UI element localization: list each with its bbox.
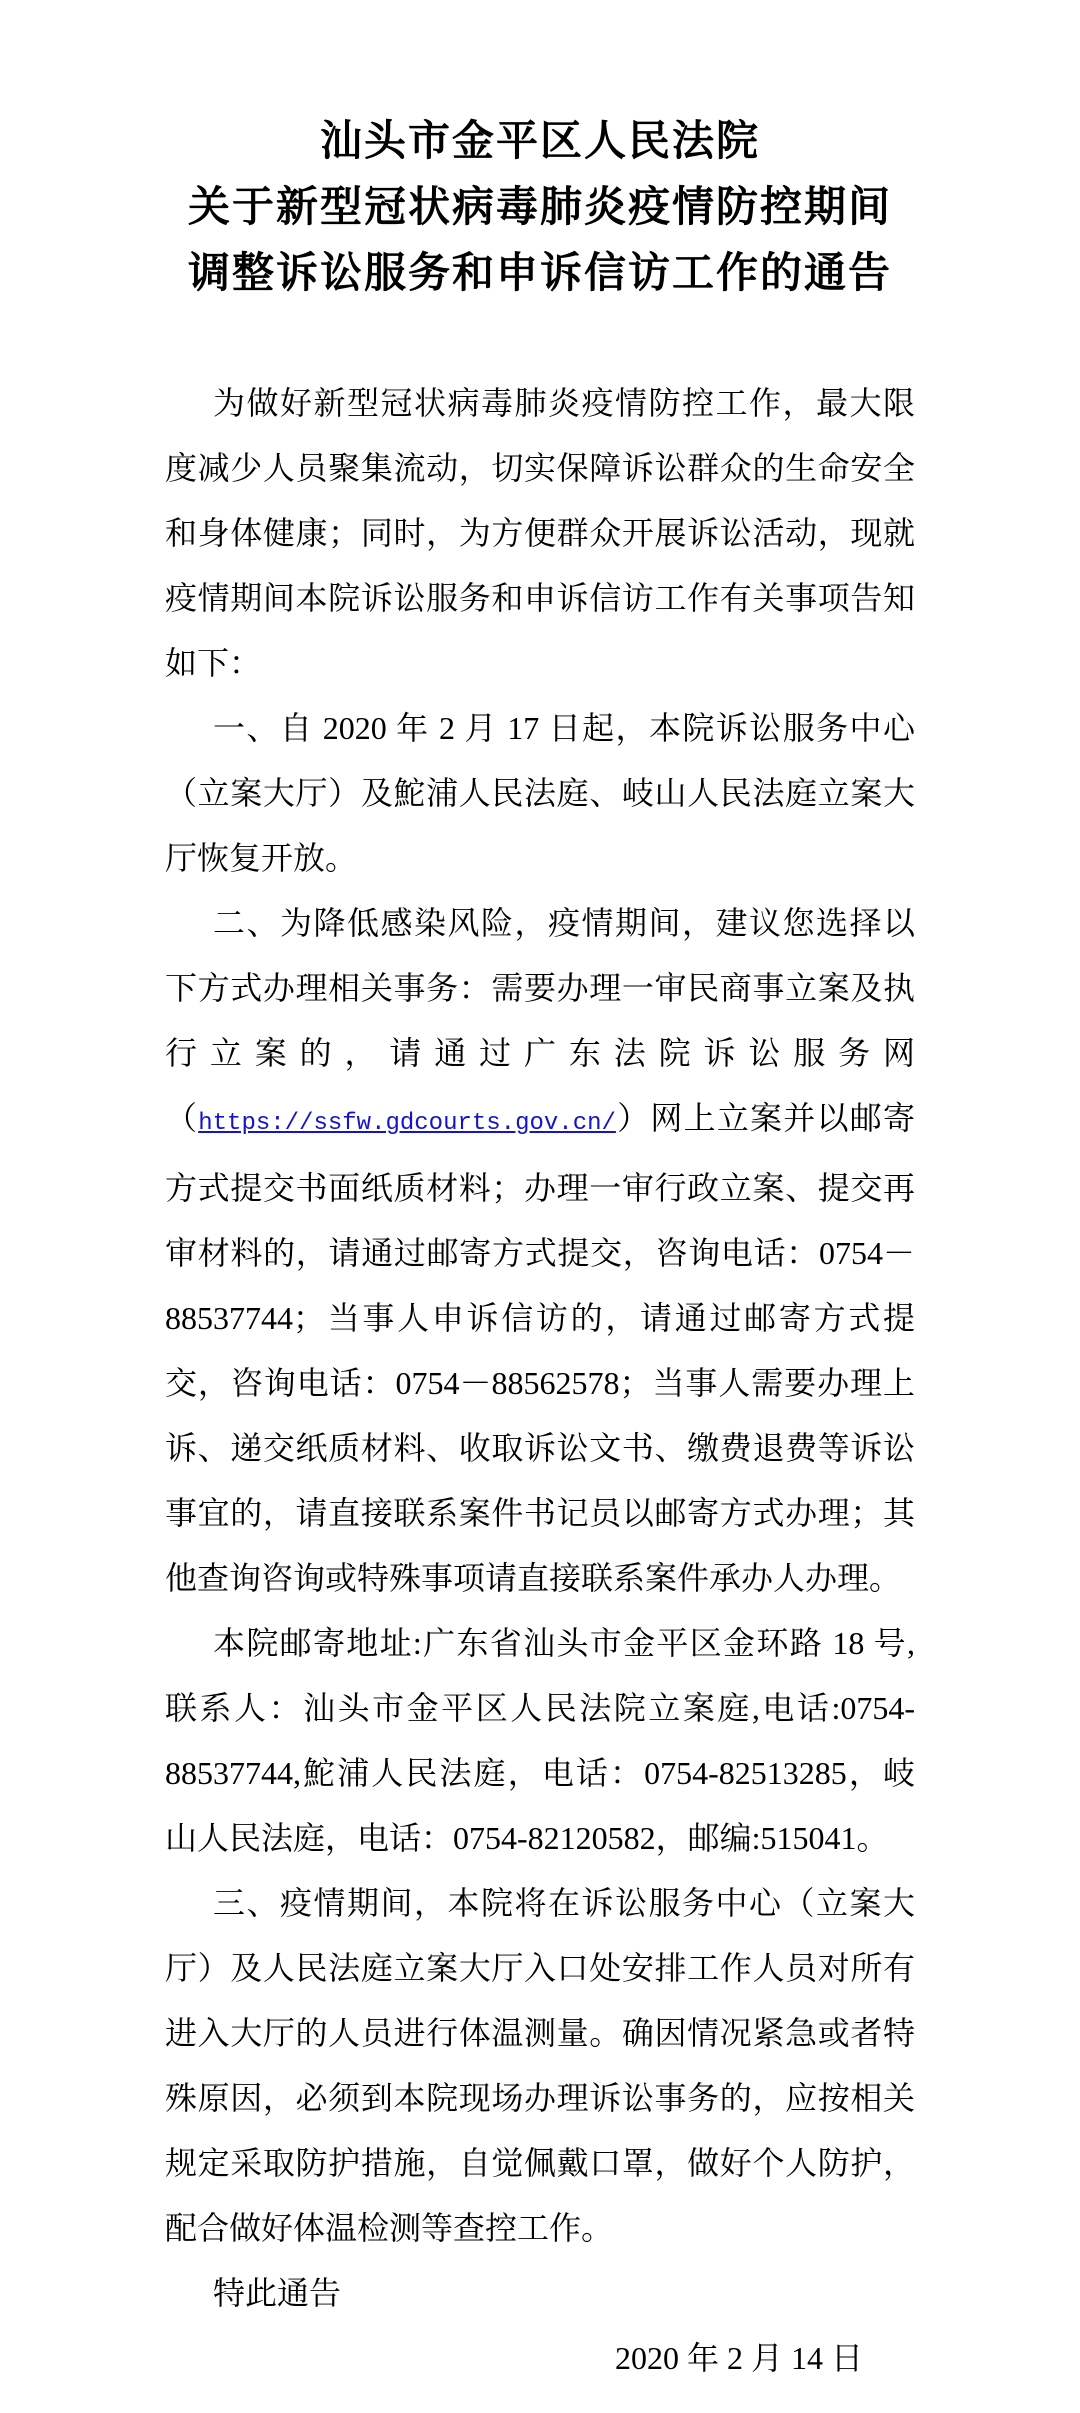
notice-title-line-2: 关于新型冠状病毒肺炎疫情防控期间 (0, 174, 1080, 240)
open-paren: （ (165, 1100, 198, 1136)
notice-date: 2020 年 2 月 14 日 (165, 2326, 915, 2391)
notice-title-line-1: 汕头市金平区人民法院 (0, 108, 1080, 174)
paragraph-item-1: 一、自 2020 年 2 月 17 日起，本院诉讼服务中心（立案大厅）及鮀浦人民… (165, 696, 915, 891)
paragraph-item-2-text-before-link: 二、为降低感染风险，疫情期间，建议您选择以下方式办理相关事务：需要办理一审民商事… (165, 905, 915, 1071)
notice-body: 为做好新型冠状病毒肺炎疫情防控工作，最大限度减少人员聚集流动，切实保障诉讼群众的… (165, 371, 915, 2391)
paragraph-intro: 为做好新型冠状病毒肺炎疫情防控工作，最大限度减少人员聚集流动，切实保障诉讼群众的… (165, 371, 915, 696)
paragraph-item-2-text-after-link: 网上立案并以邮寄方式提交书面纸质材料；办理一审行政立案、提交再审材料的，请通过邮… (165, 1100, 915, 1596)
court-website-link-unit: （https://ssfw.gdcourts.gov.cn/） (165, 1100, 650, 1136)
closing-statement: 特此通告 (165, 2261, 915, 2326)
close-paren: ） (616, 1100, 650, 1136)
paragraph-mailing-address: 本院邮寄地址:广东省汕头市金平区金环路 18 号,联系人：汕头市金平区人民法院立… (165, 1611, 915, 1871)
paragraph-item-2: 二、为降低感染风险，疫情期间，建议您选择以下方式办理相关事务：需要办理一审民商事… (165, 891, 915, 1611)
notice-title: 汕头市金平区人民法院 关于新型冠状病毒肺炎疫情防控期间 调整诉讼服务和申诉信访工… (0, 108, 1080, 306)
paragraph-item-3: 三、疫情期间，本院将在诉讼服务中心（立案大厅）及人民法庭立案大厅入口处安排工作人… (165, 1871, 915, 2261)
notice-document-page: 汕头市金平区人民法院 关于新型冠状病毒肺炎疫情防控期间 调整诉讼服务和申诉信访工… (0, 0, 1080, 2413)
notice-title-line-3: 调整诉讼服务和申诉信访工作的通告 (0, 240, 1080, 306)
court-website-link[interactable]: https://ssfw.gdcourts.gov.cn/ (198, 1110, 616, 1137)
